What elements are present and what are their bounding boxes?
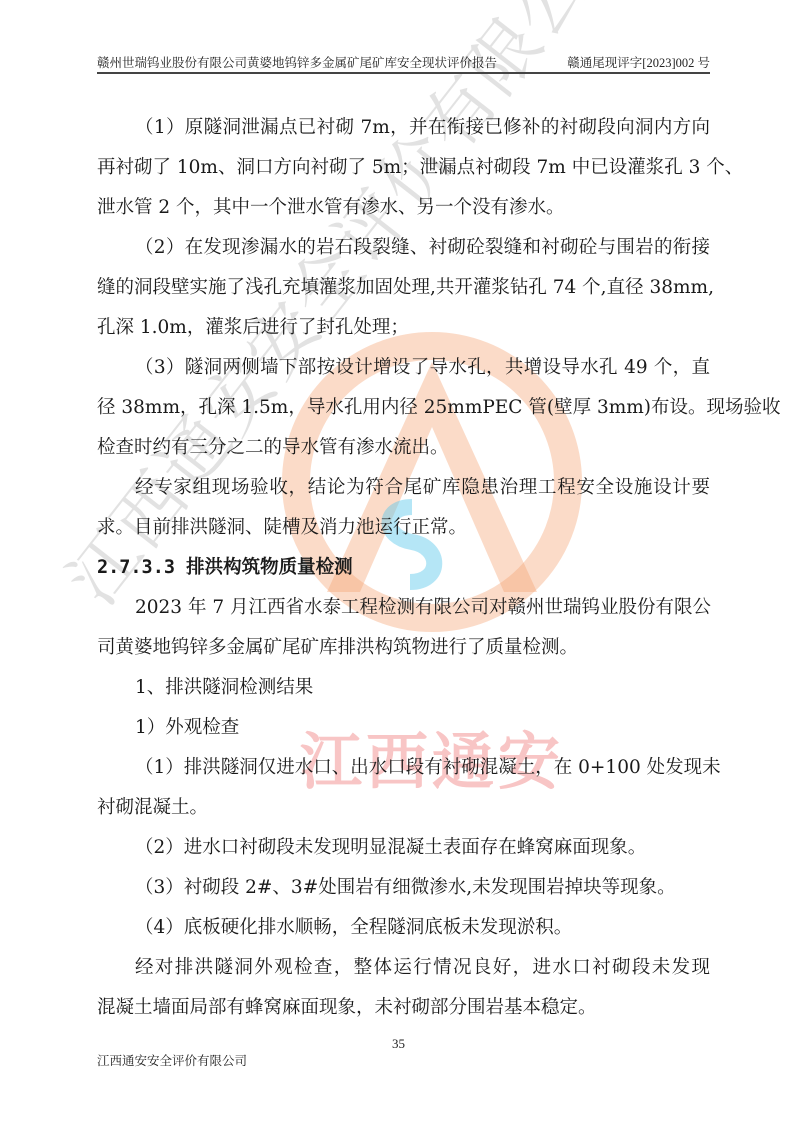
paragraph-line: （2）进水口衬砌段未发现明显混凝土表面存在蜂窝麻面现象。 xyxy=(97,828,710,868)
paragraph-line: 泄水管 2 个，其中一个泄水管有渗水、另一个没有渗水。 xyxy=(97,188,710,228)
paragraph-line: 再衬砌了 10m、洞口方向衬砌了 5m；泄漏点衬砌段 7m 中已设灌浆孔 3 个… xyxy=(97,148,710,188)
paragraph-line: 径 38mm，孔深 1.5m，导水孔用内径 25mmPEC 管(壁厚 3mm)布… xyxy=(97,388,710,428)
header-divider xyxy=(97,72,710,74)
subsection-label: 1、排洪隧洞检测结果 xyxy=(97,668,710,708)
page-header: 赣州世瑞钨业股份有限公司黄婆地钨锌多金属矿尾矿库安全现状评价报告 赣通尾现评字[… xyxy=(97,50,710,74)
document-body: （1）原隧洞泄漏点已衬砌 7m，并在衔接已修补的衬砌段向洞内方向 再衬砌了 10… xyxy=(97,108,710,1028)
paragraph-line: 衬砌混凝土。 xyxy=(97,788,710,828)
header-report-title: 赣州世瑞钨业股份有限公司黄婆地钨锌多金属矿尾矿库安全现状评价报告 xyxy=(97,53,497,71)
page-number: 35 xyxy=(392,1036,405,1052)
paragraph-line: 2023 年 7 月江西省水泰工程检测有限公司对赣州世瑞钨业股份有限公 xyxy=(97,588,710,628)
paragraph-line: （3）衬砌段 2#、3#处围岩有细微渗水,未发现围岩掉块等现象。 xyxy=(97,868,710,908)
paragraph-line: （1）排洪隧洞仅进水口、出水口段有衬砌混凝土，在 0+100 处发现未 xyxy=(97,748,710,788)
paragraph-line: 经对排洪隧洞外观检查，整体运行情况良好，进水口衬砌段未发现 xyxy=(97,948,710,988)
paragraph-line: 孔深 1.0m，灌浆后进行了封孔处理； xyxy=(97,308,710,348)
paragraph-line: 缝的洞段壁实施了浅孔充填灌浆加固处理,共开灌浆钻孔 74 个,直径 38mm, xyxy=(97,268,710,308)
paragraph-line: 司黄婆地钨锌多金属矿尾矿库排洪构筑物进行了质量检测。 xyxy=(97,628,710,668)
document-page: 江西通安安全评价有限公司 江西通安 赣州世瑞钨业股份有限公司黄婆地钨锌多金属矿尾… xyxy=(0,0,800,1131)
paragraph-line: 混凝土墙面局部有蜂窝麻面现象，未衬砌部分围岩基本稳定。 xyxy=(97,988,710,1028)
paragraph-line: （4）底板硬化排水顺畅，全程隧洞底板未发现淤积。 xyxy=(97,908,710,948)
section-heading: 2.7.3.3 排洪构筑物质量检测 xyxy=(97,548,710,588)
paragraph-line: （2）在发现渗漏水的岩石段裂缝、衬砌砼裂缝和衬砌砼与围岩的衔接 xyxy=(97,228,710,268)
paragraph-line: 求。目前排洪隧洞、陡槽及消力池运行正常。 xyxy=(97,508,710,548)
paragraph-line: （3）隧洞两侧墙下部按设计增设了导水孔，共增设导水孔 49 个，直 xyxy=(97,348,710,388)
subsection-label: 1）外观检查 xyxy=(97,708,710,748)
paragraph-line: 检查时约有三分之二的导水管有渗水流出。 xyxy=(97,428,710,468)
header-report-number: 赣通尾现评字[2023]002 号 xyxy=(567,53,710,71)
footer-company-name: 江西通安安全评价有限公司 xyxy=(97,1051,247,1069)
paragraph-line: （1）原隧洞泄漏点已衬砌 7m，并在衔接已修补的衬砌段向洞内方向 xyxy=(97,108,710,148)
paragraph-line: 经专家组现场验收，结论为符合尾矿库隐患治理工程安全设施设计要 xyxy=(97,468,710,508)
